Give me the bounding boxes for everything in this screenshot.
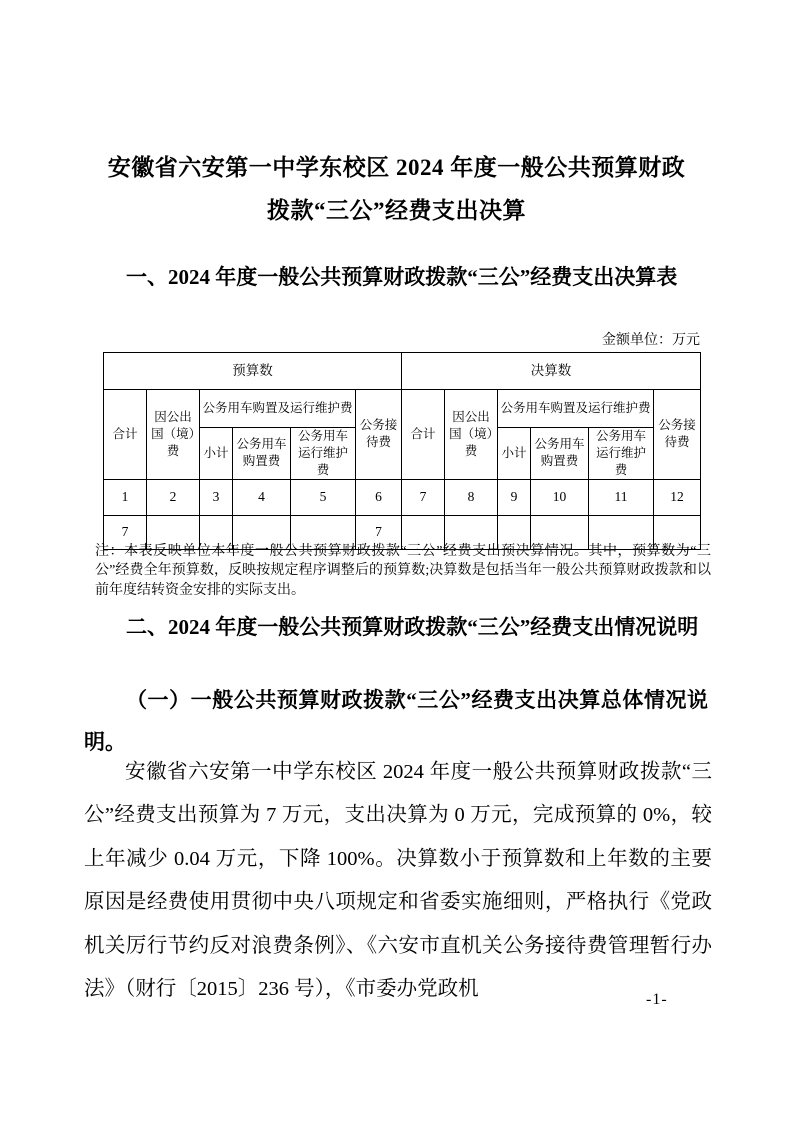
section-1-heading: 一、2024 年度一般公共预算财政拨款“三公”经费支出决算表 <box>84 256 708 298</box>
document-page: 安徽省六安第一中学东校区 2024 年度一般公共预算财政 拨款“三公”经费支出决… <box>0 0 793 1122</box>
section-2-heading: 二、2024 年度一般公共预算财政拨款“三公”经费支出情况说明 <box>84 606 708 648</box>
budget-total-header: 合计 <box>104 390 147 480</box>
index-cell: 9 <box>498 479 531 515</box>
index-cell: 6 <box>356 479 402 515</box>
table-header-row: 合计 因公出国（境）费 公务用车购置及运行维护费 公务接待费 合计 因公出国（境… <box>104 390 701 428</box>
index-cell: 5 <box>291 479 356 515</box>
document-title: 安徽省六安第一中学东校区 2024 年度一般公共预算财政 拨款“三公”经费支出决… <box>0 146 793 232</box>
index-cell: 7 <box>402 479 445 515</box>
final-abroad-header: 因公出国（境）费 <box>445 390 498 480</box>
sangong-expense-table: 预算数 决算数 合计 因公出国（境）费 公务用车购置及运行维护费 公务接待费 合… <box>103 352 701 550</box>
budget-vehicle-maintenance-header: 公务用车运行维护费 <box>291 428 356 480</box>
amount-unit-label: 金额单位：万元 <box>103 329 700 349</box>
index-cell: 8 <box>445 479 498 515</box>
title-line-1: 安徽省六安第一中学东校区 2024 年度一般公共预算财政 <box>0 146 793 189</box>
final-total-header: 合计 <box>402 390 445 480</box>
budget-abroad-header: 因公出国（境）费 <box>147 390 200 480</box>
final-reception-header: 公务接待费 <box>654 390 701 480</box>
final-vehicle-group-header: 公务用车购置及运行维护费 <box>498 390 654 428</box>
title-line-2: 拨款“三公”经费支出决算 <box>0 189 793 232</box>
table-group-header-row: 预算数 决算数 <box>104 353 701 390</box>
index-cell: 2 <box>147 479 200 515</box>
body-paragraph: 安徽省六安第一中学东校区 2024 年度一般公共预算财政拨款“三公”经费支出预算… <box>84 751 712 1011</box>
budget-vehicle-group-header: 公务用车购置及运行维护费 <box>200 390 356 428</box>
budget-group-header: 预算数 <box>104 353 402 390</box>
column-index-row: 1 2 3 4 5 6 7 8 9 10 11 12 <box>104 479 701 515</box>
budget-reception-header: 公务接待费 <box>356 390 402 480</box>
index-cell: 1 <box>104 479 147 515</box>
table-note: 注：本表反映单位本年度一般公共预算财政拨款“三公”经费支出预决算情况。其中，预算… <box>95 542 711 600</box>
final-vehicle-maintenance-header: 公务用车运行维护费 <box>589 428 654 480</box>
final-group-header: 决算数 <box>402 353 701 390</box>
index-cell: 11 <box>589 479 654 515</box>
budget-vehicle-subtotal-header: 小计 <box>200 428 233 480</box>
index-cell: 3 <box>200 479 233 515</box>
page-number: -1- <box>646 991 668 1009</box>
index-cell: 10 <box>531 479 589 515</box>
index-cell: 12 <box>654 479 701 515</box>
final-vehicle-purchase-header: 公务用车购置费 <box>531 428 589 480</box>
final-vehicle-subtotal-header: 小计 <box>498 428 531 480</box>
budget-vehicle-purchase-header: 公务用车购置费 <box>233 428 291 480</box>
index-cell: 4 <box>233 479 291 515</box>
